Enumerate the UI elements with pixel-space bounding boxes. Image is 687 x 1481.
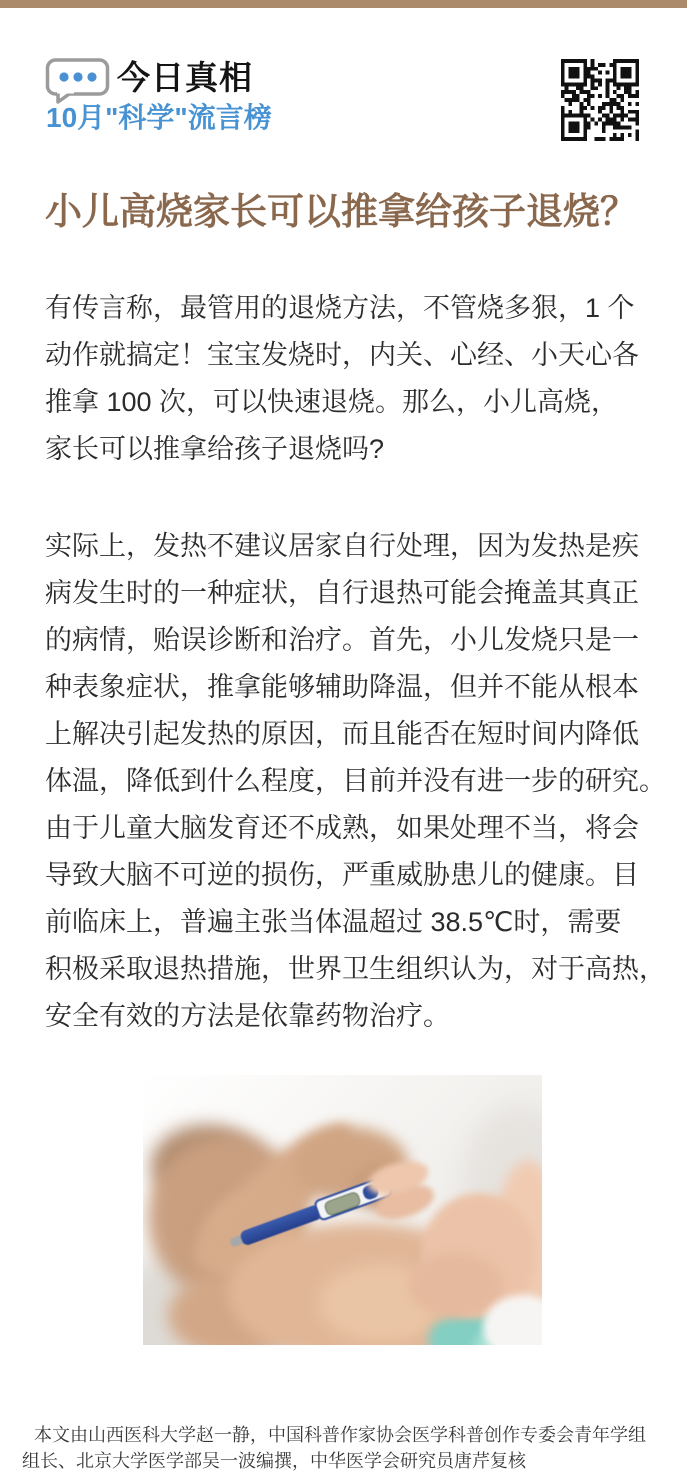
paragraph-line: 由于儿童大脑发育还不成熟，如果处理不当，将会 [45,805,655,852]
credits-line-2: 组长、北京大学医学部吴一波编撰，中华医学会研究员唐芹复核 [22,1448,526,1474]
paragraph-line: 种表象症状，推拿能够辅助降温，但并不能从根本 [45,664,655,711]
paragraph-line: 的病情，贻误诊断和治疗。首先，小儿发烧只是一 [45,617,655,664]
credits-line-1: 本文由山西医科大学赵一静，中国科普作家协会医学科普创作专委会青年学组 [34,1422,646,1448]
paragraph-line: 体温，降低到什么程度，目前并没有进一步的研究。 [45,758,655,805]
speech-bubble-icon [45,56,113,104]
paragraph-line: 导致大脑不可逆的损伤，严重威胁患儿的健康。目 [45,852,655,899]
top-accent-bar [0,0,687,8]
paragraph-line: 动作就搞定！宝宝发烧时，内关、心经、小天心各 [45,332,655,379]
article-photo-baby-thermometer [143,1075,542,1345]
adult-fingers [408,1253,503,1318]
paragraph-line: 安全有效的方法是依靠药物治疗。 [45,993,655,1040]
paragraph-factcheck: 实际上，发热不建议居家自行处理，因为发热是疾 病发生时的一种症状，自行退热可能会… [45,523,655,1040]
paragraph-line: 有传言称，最管用的退烧方法，不管烧多狠，1 个 [45,285,655,332]
paragraph-line: 家长可以推拿给孩子退烧吗? [45,426,655,473]
paragraph-line: 上解决引起发热的原因，而且能否在短时间内降低 [45,711,655,758]
article-title: 小儿高烧家长可以推拿给孩子退烧？ [45,190,637,234]
paragraph-line: 病发生时的一种症状，自行退热可能会掩盖其真正 [45,570,655,617]
paragraph-line: 积极采取退热措施，世界卫生组织认为，对于高热， [45,946,655,993]
qr-code-icon [561,59,639,141]
paragraph-rumor: 有传言称，最管用的退烧方法，不管烧多狠，1 个 动作就搞定！宝宝发烧时，内关、心… [45,285,655,473]
paragraph-line: 前临床上，普遍主张当体温超过 38.5℃时，需要 [45,899,655,946]
issue-subtitle: 10月"科学"流言榜 [46,101,272,135]
paragraph-line: 推拿 100 次，可以快速退烧。那么，小儿高烧， [45,379,655,426]
paragraph-line: 实际上，发热不建议居家自行处理，因为发热是疾 [45,523,655,570]
brand-title: 今日真相 [117,58,253,98]
